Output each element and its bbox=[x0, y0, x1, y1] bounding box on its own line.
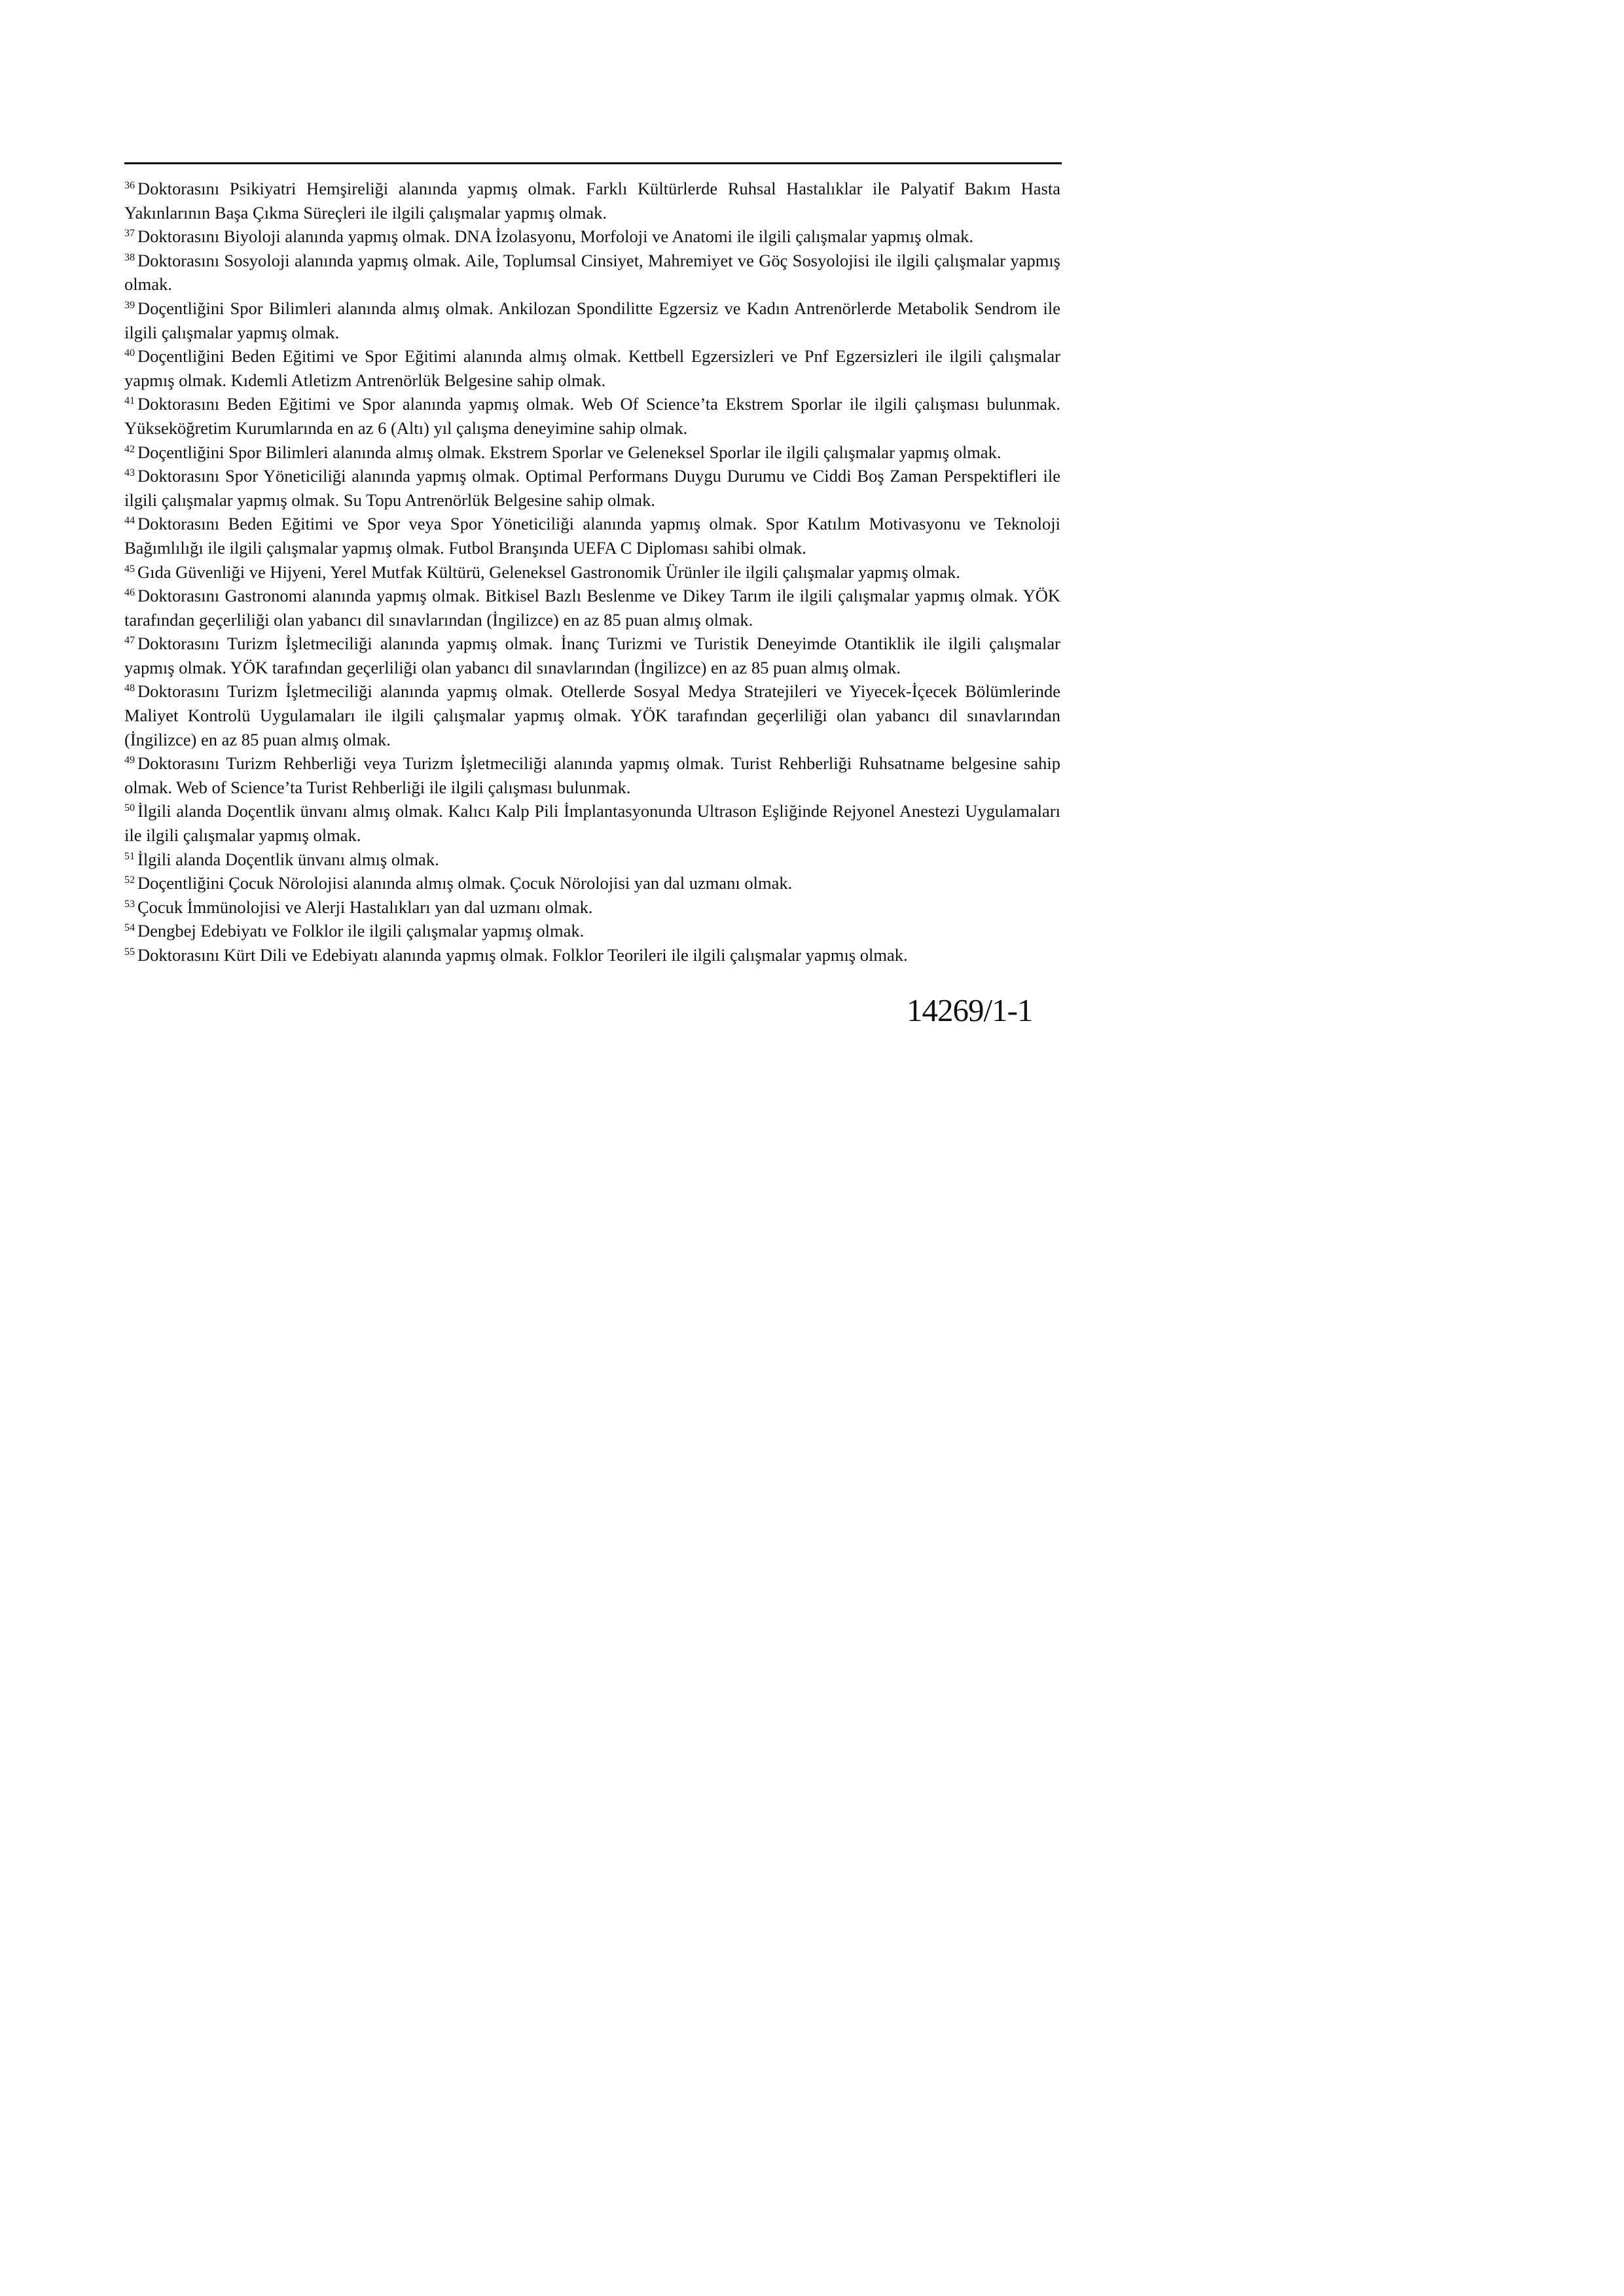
footnote-47: 47Doktorasını Turizm İşletmeciliği alanı… bbox=[124, 632, 1060, 679]
footnote-text: Doktorasını Turizm Rehberliği veya Turiz… bbox=[124, 753, 1060, 797]
footnote-number: 43 bbox=[124, 467, 135, 478]
footnote-number: 50 bbox=[124, 802, 135, 814]
footnote-number: 41 bbox=[124, 395, 135, 406]
footnote-number: 38 bbox=[124, 252, 135, 263]
footnote-46: 46Doktorasını Gastronomi alanında yapmış… bbox=[124, 584, 1060, 632]
footnote-39: 39Doçentliğini Spor Bilimleri alanında a… bbox=[124, 296, 1060, 344]
footnote-42: 42Doçentliğini Spor Bilimleri alanında a… bbox=[124, 440, 1060, 465]
footnote-text: Doçentliğini Spor Bilimleri alanında alm… bbox=[124, 298, 1060, 342]
footnote-52: 52Doçentliğini Çocuk Nörolojisi alanında… bbox=[124, 871, 1060, 895]
footnote-number: 42 bbox=[124, 444, 135, 455]
footnote-53: 53Çocuk İmmünolojisi ve Alerji Hastalıkl… bbox=[124, 895, 1060, 920]
footnote-text: İlgili alanda Doçentlik ünvanı almış olm… bbox=[124, 801, 1060, 845]
footnote-number: 55 bbox=[124, 946, 135, 958]
footnotes-section: 36Doktorasını Psikiyatri Hemşireliği ala… bbox=[124, 177, 1060, 967]
footnote-number: 37 bbox=[124, 228, 135, 239]
footnote-text: Doktorasını Kürt Dili ve Edebiyatı alanı… bbox=[137, 945, 908, 965]
footnote-48: 48Doktorasını Turizm İşletmeciliği alanı… bbox=[124, 679, 1060, 751]
footnote-text: Doktorasını Spor Yöneticiliği alanında y… bbox=[124, 466, 1060, 510]
footnote-44: 44Doktorasını Beden Eğitimi ve Spor veya… bbox=[124, 512, 1060, 560]
footnote-number: 52 bbox=[124, 874, 135, 886]
footnote-text: Doktorasını Psikiyatri Hemşireliği alanı… bbox=[124, 179, 1060, 223]
footnote-45: 45Gıda Güvenliği ve Hijyeni, Yerel Mutfa… bbox=[124, 560, 1060, 584]
footnote-55: 55Doktorasını Kürt Dili ve Edebiyatı ala… bbox=[124, 943, 1060, 967]
footnote-text: Dengbej Edebiyatı ve Folklor ile ilgili … bbox=[137, 921, 584, 941]
footnote-text: İlgili alanda Doçentlik ünvanı almış olm… bbox=[137, 850, 439, 869]
footnote-41: 41Doktorasını Beden Eğitimi ve Spor alan… bbox=[124, 392, 1060, 440]
footnote-number: 40 bbox=[124, 348, 135, 359]
footnote-40: 40Doçentliğini Beden Eğitimi ve Spor Eği… bbox=[124, 344, 1060, 392]
footnote-49: 49Doktorasını Turizm Rehberliği veya Tur… bbox=[124, 751, 1060, 799]
footnote-number: 36 bbox=[124, 180, 135, 191]
footnote-number: 49 bbox=[124, 755, 135, 766]
footnote-text: Çocuk İmmünolojisi ve Alerji Hastalıklar… bbox=[137, 897, 592, 917]
footnote-37: 37Doktorasını Biyoloji alanında yapmış o… bbox=[124, 224, 1060, 249]
footnote-text: Doktorasını Beden Eğitimi ve Spor veya S… bbox=[124, 514, 1060, 558]
footnote-number: 53 bbox=[124, 899, 135, 910]
footnote-number: 45 bbox=[124, 564, 135, 575]
page-number: 14269/1-1 bbox=[907, 994, 1032, 1028]
footnote-number: 47 bbox=[124, 635, 135, 646]
footnote-text: Gıda Güvenliği ve Hijyeni, Yerel Mutfak … bbox=[137, 562, 960, 582]
footnote-number: 46 bbox=[124, 587, 135, 598]
footnote-text: Doktorasını Turizm İşletmeciliği alanınd… bbox=[124, 634, 1060, 677]
footnote-number: 44 bbox=[124, 515, 135, 526]
footnote-43: 43Doktorasını Spor Yöneticiliği alanında… bbox=[124, 464, 1060, 512]
footnote-text: Doçentliğini Beden Eğitimi ve Spor Eğiti… bbox=[124, 346, 1060, 390]
footnote-50: 50İlgili alanda Doçentlik ünvanı almış o… bbox=[124, 799, 1060, 847]
footnote-text: Doçentliğini Spor Bilimleri alanında alm… bbox=[137, 442, 1001, 462]
footnote-text: Doktorasını Sosyoloji alanında yapmış ol… bbox=[124, 251, 1060, 295]
footnote-number: 48 bbox=[124, 683, 135, 694]
footnote-38: 38Doktorasını Sosyoloji alanında yapmış … bbox=[124, 249, 1060, 296]
footnote-text: Doçentliğini Çocuk Nörolojisi alanında a… bbox=[137, 873, 792, 893]
footnote-separator-rule bbox=[124, 162, 1062, 164]
footnote-text: Doktorasını Biyoloji alanında yapmış olm… bbox=[137, 226, 973, 246]
footnote-text: Doktorasını Gastronomi alanında yapmış o… bbox=[124, 586, 1060, 630]
footnote-number: 51 bbox=[124, 851, 135, 862]
footnote-text: Doktorasını Turizm İşletmeciliği alanınd… bbox=[124, 681, 1060, 749]
footnote-number: 39 bbox=[124, 300, 135, 311]
footnote-54: 54Dengbej Edebiyatı ve Folklor ile ilgil… bbox=[124, 919, 1060, 943]
footnote-36: 36Doktorasını Psikiyatri Hemşireliği ala… bbox=[124, 177, 1060, 224]
footnote-51: 51İlgili alanda Doçentlik ünvanı almış o… bbox=[124, 848, 1060, 872]
footnote-number: 54 bbox=[124, 922, 135, 933]
footnote-text: Doktorasını Beden Eğitimi ve Spor alanın… bbox=[124, 394, 1060, 438]
